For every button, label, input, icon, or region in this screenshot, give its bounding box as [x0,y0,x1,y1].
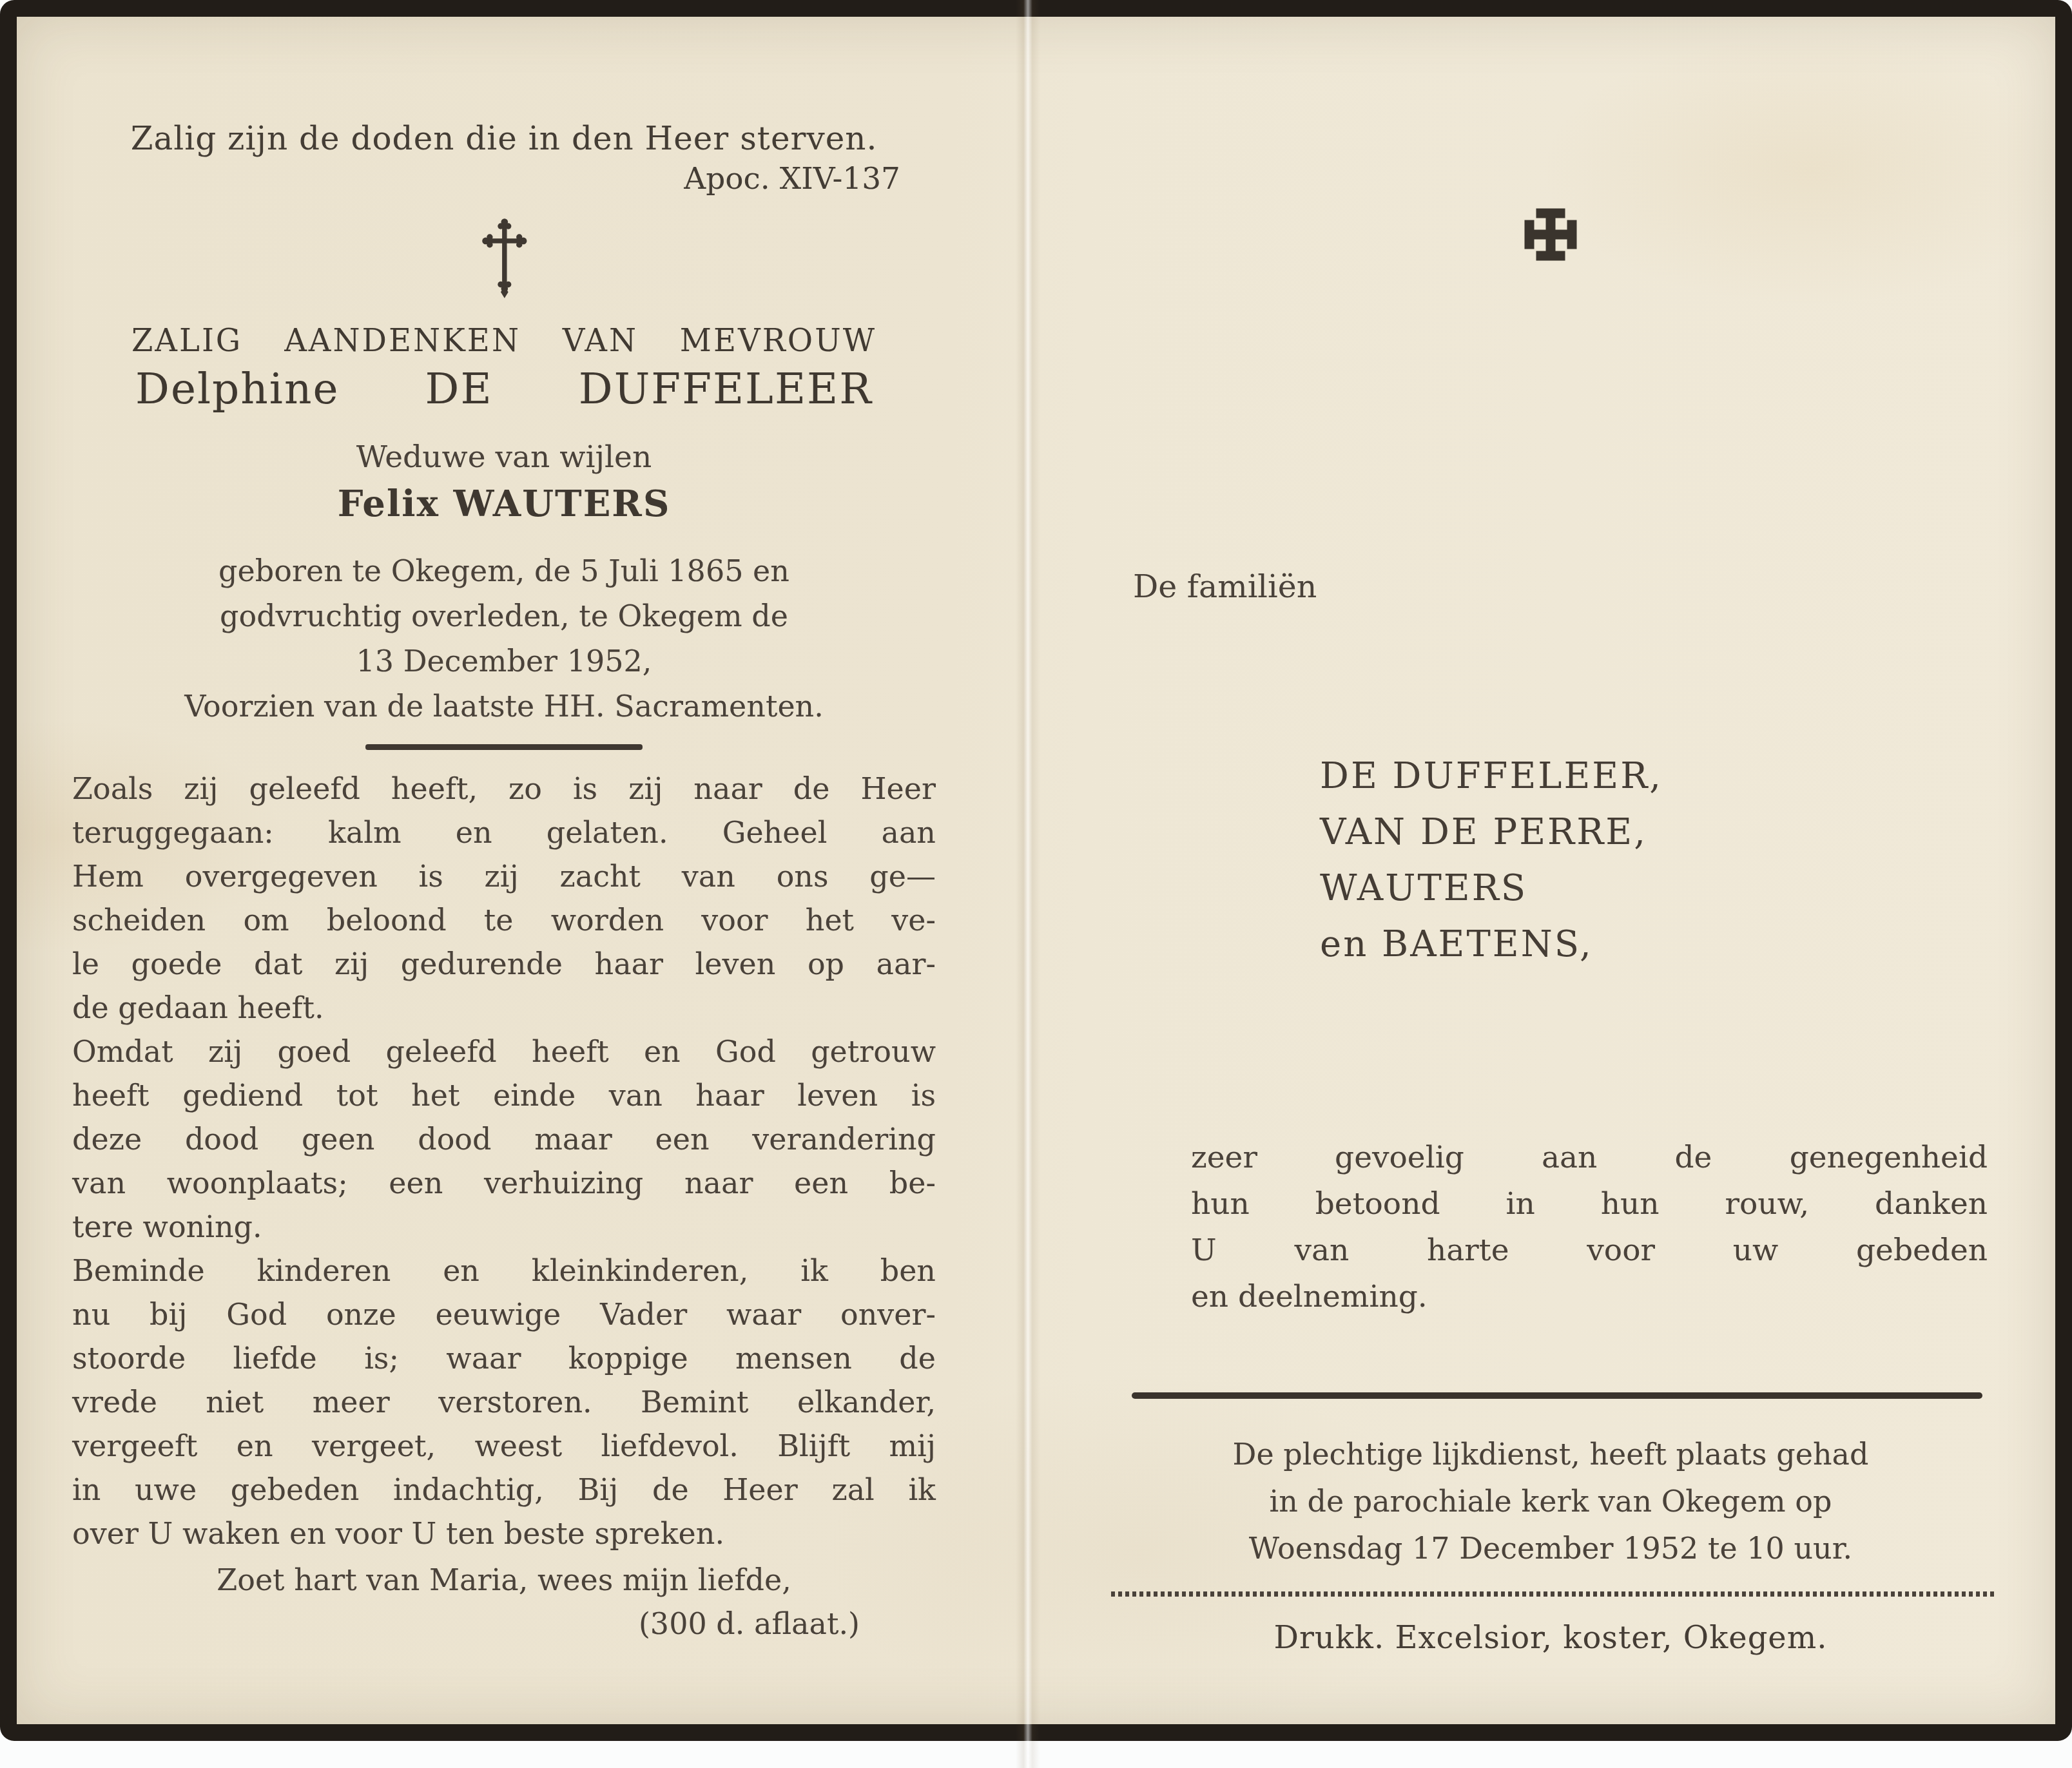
family-names-block: DE DUFFELEER, VAN DE PERRE, WAUTERS en B… [1320,748,1994,972]
prayer-line: de gedaan heeft. [72,986,936,1030]
prayer-line: scheiden om beloond te worden voor het v… [72,898,936,942]
prayer-line: Zoals zij geleefd heeft, zo is zij naar … [72,767,936,811]
memorial-card: Zalig zijn de doden die in den Heer ster… [0,0,2072,1741]
cross-potent-icon [1107,204,1994,267]
service-line: De plechtige lijkdienst, heeft plaats ge… [1107,1431,1994,1478]
prayer-line: van woonplaats; een verhuizing naar een … [72,1161,936,1205]
prayer-line: vrede niet meer verstoren. Bemint elkand… [72,1380,936,1424]
prayer-line: deze dood geen dood maar een verandering [72,1117,936,1161]
family-name: en BAETENS, [1320,916,1994,972]
vitals-line: Voorzien van de laatste HH. Sacramenten. [72,684,936,729]
family-name: WAUTERS [1320,860,1994,916]
service-line: Woensdag 17 December 1952 te 10 uur. [1107,1525,1994,1572]
budded-cross-icon [72,216,936,301]
closing-line: Zoet hart van Maria, wees mijn liefde, [72,1558,936,1602]
indulgence-note: (300 d. aflaat.) [72,1602,936,1646]
prayer-line: Beminde kinderen en kleinkinderen, ik be… [72,1249,936,1292]
thanks-line: U van harte voor uw gebeden [1191,1227,1988,1274]
thanks-block: zeer gevoelig aan de genegenheid hun bet… [1107,1135,1994,1320]
prayer-line: stoorde liefde is; waar koppige mensen d… [72,1336,936,1380]
prayer-line: vergeeft en vergeet, weest liefdevol. Bl… [72,1424,936,1468]
left-page: Zalig zijn de doden die in den Heer ster… [17,17,1031,1724]
printer-credit: Drukk. Excelsior, koster, Okegem. [1107,1620,1994,1656]
deceased-name: Delphine DE DUFFELEER [72,364,936,414]
thanks-line: zeer gevoelig aan de genegenheid [1191,1135,1988,1181]
vitals-block: geboren te Okegem, de 5 Juli 1865 en god… [72,548,936,729]
divider-rule [365,744,643,750]
prayer-line: le goede dat zij gedurende haar leven op… [72,942,936,986]
epigraph: Zalig zijn de doden die in den Heer ster… [72,120,936,157]
families-label: De familiën [1133,568,1994,605]
widow-of-label: Weduwe van wijlen [72,439,936,475]
memorial-intro: ZALIG AANDENKEN VAN MEVROUW [72,323,936,359]
dotted-rule [1111,1591,1994,1597]
prayer-line: Hem overgegeven is zij zacht van ons ge— [72,854,936,898]
vitals-line: geboren te Okegem, de 5 Juli 1865 en [72,548,936,593]
service-block: De plechtige lijkdienst, heeft plaats ge… [1107,1431,1994,1572]
prayer-line: teruggegaan: kalm en gelaten. Geheel aan [72,811,936,854]
prayer-text: Zoals zij geleefd heeft, zo is zij naar … [72,767,936,1555]
husband-name: Felix WAUTERS [72,483,936,525]
right-page: De familiën DE DUFFELEER, VAN DE PERRE, … [1031,17,2055,1724]
prayer-line: tere woning. [72,1205,936,1249]
vitals-line: godvruchtig overleden, te Okegem de [72,593,936,639]
epigraph-source: Apoc. XIV-137 [72,161,936,197]
vitals-line: 13 December 1952, [72,639,936,684]
service-rule [1132,1392,1982,1399]
prayer-line: over U waken en voor U ten beste spreken… [72,1512,936,1555]
family-name: VAN DE PERRE, [1320,804,1994,860]
prayer-line: Omdat zij goed geleefd heeft en God getr… [72,1030,936,1073]
thanks-line: en deelneming. [1191,1274,1988,1320]
service-line: in de parochiale kerk van Okegem op [1107,1478,1994,1525]
thanks-line: hun betoond in hun rouw, danken [1191,1181,1988,1227]
prayer-line: nu bij God onze eeuwige Vader waar onver… [72,1292,936,1336]
family-name: DE DUFFELEER, [1320,748,1994,804]
prayer-line: heeft gediend tot het einde van haar lev… [72,1073,936,1117]
prayer-line: in uwe gebeden indachtig, Bij de Heer za… [72,1468,936,1512]
